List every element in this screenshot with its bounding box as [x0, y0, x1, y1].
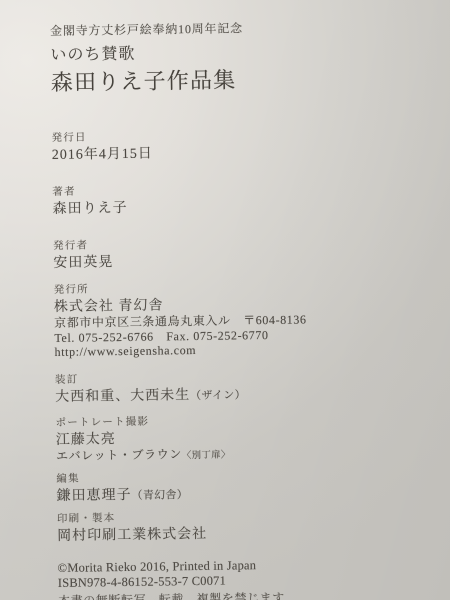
section-publish-date: 発行日 2016年4月15日 — [52, 127, 424, 164]
line-text: 岡村印刷工業株式会社 — [57, 527, 207, 544]
section-author: 著者 森田りえ子 — [52, 181, 424, 218]
section-line: 鎌田恵理子（青幻舎） — [56, 484, 428, 505]
line-text: http://www.seigensha.com — [54, 343, 196, 359]
line-text: 森田りえ子 — [52, 201, 127, 217]
section-label: 装訂 — [55, 368, 427, 386]
line-text: エバレット・ブラウン — [56, 447, 182, 463]
section-label: ポートレート撮影 — [55, 411, 427, 429]
line-text: 鎌田恵理子 — [56, 488, 131, 504]
section-label: 発行者 — [53, 235, 425, 253]
imprint-block: ©Morita Rieko 2016, Printed in Japan ISB… — [57, 556, 429, 591]
book-title: 森田りえ子作品集 — [51, 65, 423, 96]
section-label: 編集 — [56, 468, 428, 486]
section-label: 印刷・製本 — [57, 508, 429, 526]
section-publisher: 発行者 安田英晃 — [53, 235, 425, 272]
colophon-sections: 発行日 2016年4月15日 著者 森田りえ子 発行者 安田英晃 発行所 株式会… — [52, 127, 430, 545]
section-line: 2016年4月15日 — [52, 143, 424, 164]
section-binding-design: 装訂 大西和重、大西未生（ザイン） — [55, 368, 427, 405]
section-printing-binding: 印刷・製本 岡村印刷工業株式会社 — [57, 508, 429, 545]
line-text: 京都市中京区三条通烏丸東入ル 〒604-8136 — [54, 312, 307, 330]
section-editing: 編集 鎌田恵理子（青幻舎） — [56, 468, 428, 505]
book-page-photo: 金閣寺方丈杉戸絵奉納10周年記念 いのち賛歌 森田りえ子作品集 発行日 2016… — [0, 0, 450, 600]
line-text: 2016年4月15日 — [52, 147, 153, 163]
line-note: （青幻舎） — [132, 489, 189, 502]
colophon: 金閣寺方丈杉戸絵奉納10周年記念 いのち賛歌 森田りえ子作品集 発行日 2016… — [50, 19, 430, 600]
section-line: 大西和重、大西未生（ザイン） — [55, 384, 427, 405]
line-text: 株式会社 青幻舎 — [54, 298, 164, 315]
section-portrait-photography: ポートレート撮影 江藤太亮 エバレット・ブラウン〈別丁扉〉 — [55, 411, 428, 465]
line-text: Tel. 075-252-6766 Fax. 075-252-6770 — [54, 327, 268, 344]
section-line: 森田りえ子 — [52, 197, 424, 218]
section-publishing-house: 発行所 株式会社 青幻舎 京都市中京区三条通烏丸東入ル 〒604-8136 Te… — [54, 279, 427, 360]
line-text: 江藤太亮 — [56, 432, 116, 448]
section-label: 発行日 — [52, 127, 424, 145]
rights-notice-cutoff: 本書の無断転写、転載、複製を禁じます — [58, 589, 430, 600]
section-line: 安田英晃 — [53, 251, 425, 272]
section-label: 発行所 — [54, 279, 426, 297]
book-subtitle: いのち賛歌 — [50, 41, 422, 65]
line-note: （ザイン） — [190, 389, 246, 402]
section-label: 著者 — [52, 181, 424, 199]
line-text: 大西和重、大西未生 — [55, 388, 190, 405]
line-note: 〈別丁扉〉 — [182, 450, 231, 461]
line-text: 安田英晃 — [53, 255, 113, 271]
section-line: 岡村印刷工業株式会社 — [57, 524, 429, 545]
series-note: 金閣寺方丈杉戸絵奉納10周年記念 — [50, 19, 422, 38]
